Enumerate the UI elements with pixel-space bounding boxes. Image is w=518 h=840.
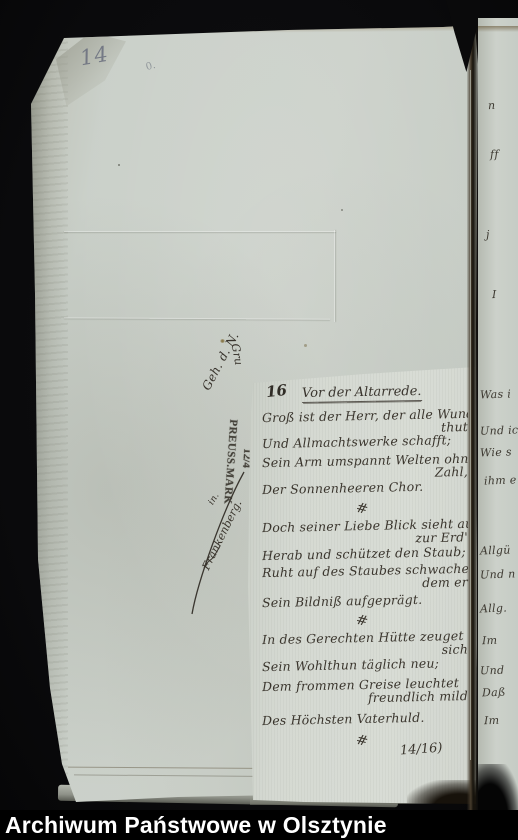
- handwriting-fragment: Im: [484, 714, 500, 728]
- handwritten-note: Geh. d. N.: [199, 301, 256, 392]
- page-gutter: [467, 20, 478, 810]
- archive-scan: 14 0. Geh. d. N. Gru PREUSS.MARK 12/4 in…: [0, 0, 518, 840]
- handwriting-fragment: Und: [480, 664, 505, 678]
- handwriting-fragment: Allgü: [480, 543, 511, 557]
- page-number: 14: [78, 42, 110, 71]
- handwriting-fragment: I: [492, 288, 497, 301]
- poem-divider: #: [341, 497, 383, 520]
- poem-line: Sein Bildniß aufgeprägt.: [262, 592, 468, 610]
- poem-body: Groß ist der Herr, der alle Wunder thut …: [262, 366, 468, 804]
- handwriting-fragment: n: [488, 99, 496, 112]
- poem-line: Der Sonnenheeren Chor.: [262, 479, 468, 497]
- signature-flourish: Frankenberg.: [186, 464, 250, 624]
- handwriting-fragment: Allg.: [480, 602, 507, 616]
- stain-spot: [220, 339, 225, 343]
- gutter-highlight: [470, 70, 471, 760]
- signature-text: Frankenberg.: [199, 498, 245, 573]
- page-top-edge: [28, 22, 478, 35]
- photo-area: 14 0. Geh. d. N. Gru PREUSS.MARK 12/4 in…: [0, 0, 518, 810]
- handwriting-fragment: Im: [482, 634, 498, 648]
- poem-line: Des Höchsten Vaterhuld.: [262, 710, 468, 728]
- handwriting-fragment: Und ich: [480, 423, 518, 438]
- torn-edge: [478, 764, 518, 810]
- handwritten-note: Gru: [229, 343, 246, 367]
- fold-crease: [64, 231, 336, 232]
- worn-left-margin: [28, 24, 68, 802]
- poem-line: Und Allmachtswerke schafft;: [262, 433, 468, 451]
- stain-spot: [341, 209, 343, 211]
- poem-divider: #: [341, 609, 383, 632]
- poem-line: Herab und schützet den Staub;: [262, 545, 468, 563]
- handwriting-fragment: j: [486, 228, 490, 241]
- footer-mark: 14/16): [400, 741, 443, 759]
- fold-crease: [334, 230, 335, 322]
- insert-page-16: 16 Vor der Altarrede. Groß ist der Herr,…: [244, 366, 477, 804]
- handwriting-fragment: ihm e: [484, 473, 517, 487]
- caption-text: Archiwum Państwowe w Olsztynie: [5, 812, 387, 839]
- adjacent-page-strip: n ff j I Was i Und ich Wie s ihm e Allgü…: [478, 18, 518, 810]
- handwriting-fragment: Daß: [482, 686, 506, 700]
- stray-pencil-mark: 0.: [145, 60, 157, 73]
- poem-divider: #: [341, 729, 383, 752]
- fold-crease: [64, 317, 330, 319]
- stain-spot: [304, 344, 307, 347]
- handwriting-fragment: Wie s: [480, 445, 512, 459]
- archive-caption-bar: Archiwum Państwowe w Olsztynie: [0, 810, 518, 840]
- stain-spot: [118, 164, 120, 166]
- page-top-edge: [478, 26, 518, 32]
- handwriting-fragment: ff: [490, 148, 499, 161]
- poem-line: Sein Wohlthun täglich neu;: [262, 656, 468, 674]
- handwriting-fragment: Was i: [480, 387, 512, 401]
- handwriting-fragment: Und n: [480, 567, 516, 581]
